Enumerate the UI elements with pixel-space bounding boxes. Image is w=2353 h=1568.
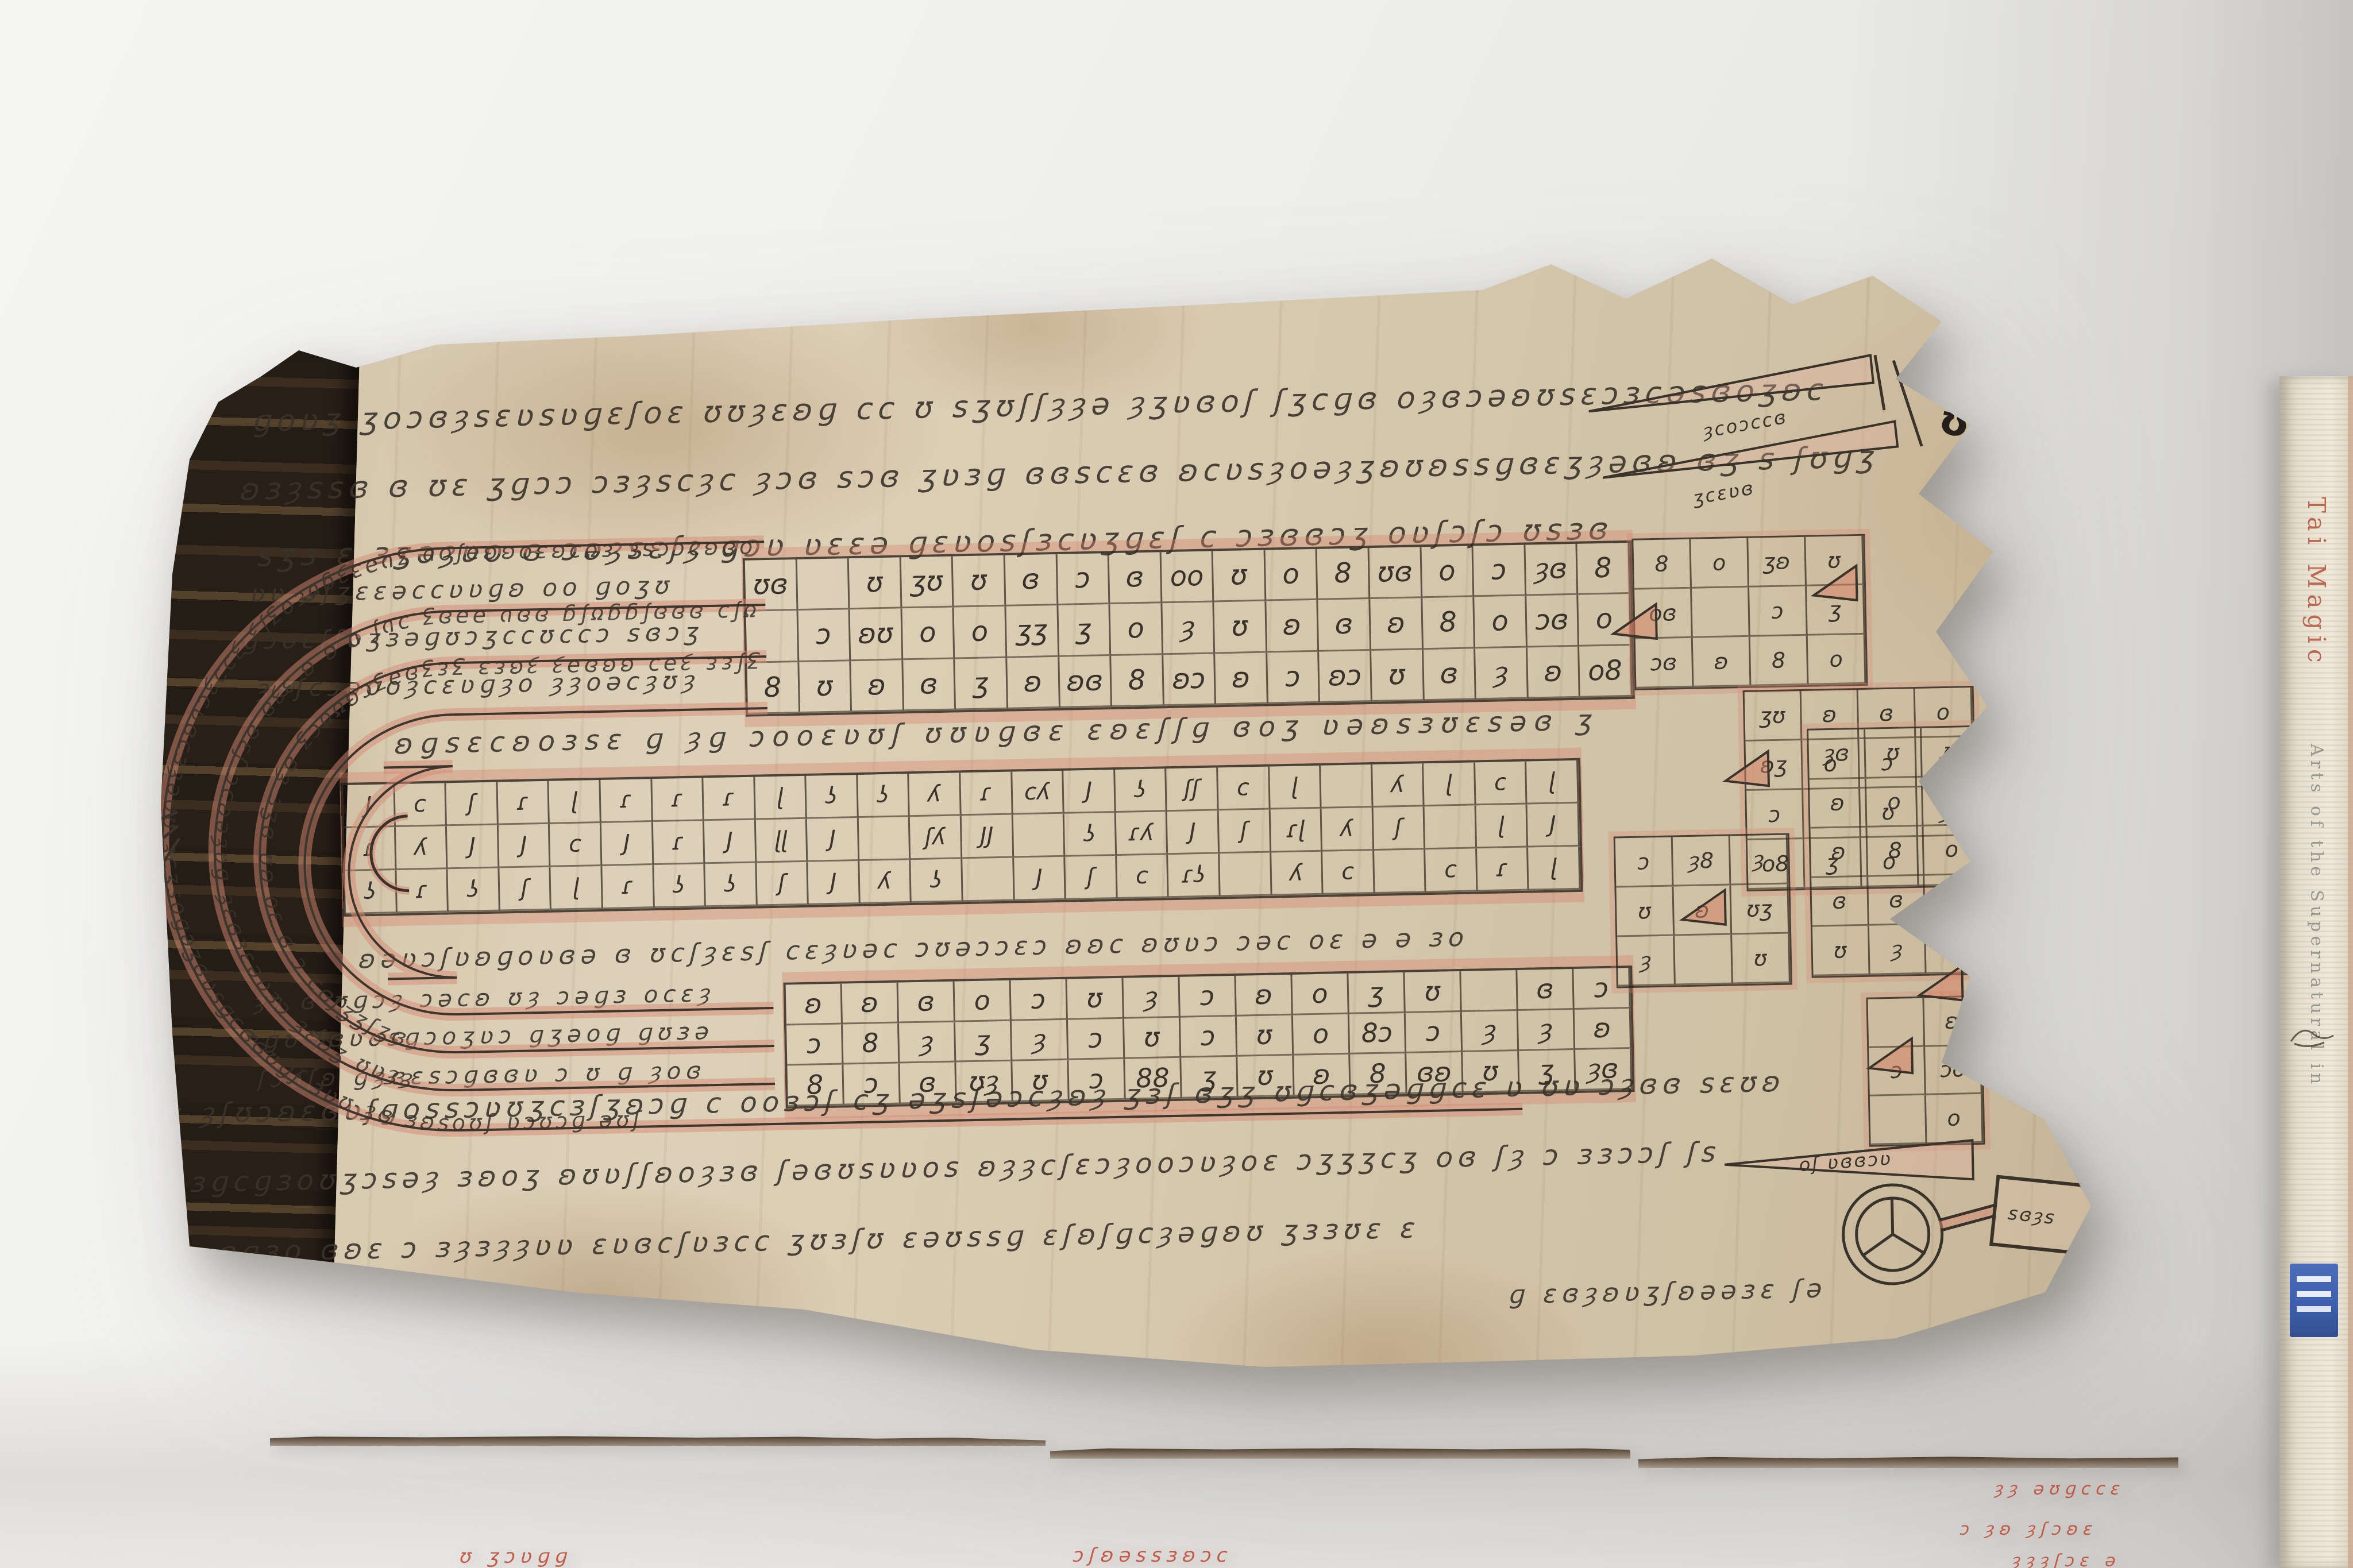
photo-stage: ɡoʋʒ ʒoɔɞȝsɛʋsʋɡɛʃoɛ ʊʊȝɛʚɡ cc ʊ sʒʊʃʃȝȝ… [0, 0, 2353, 1568]
racetrack-diagram: oʚɞɔccsɛ ɛʊɔɞɜoɞɞəʃoʋ ʒʋəɜȝɡʋɛoʒʃȝ ȝɔɔȝc… [152, 522, 1522, 1141]
manuscript-paper: ɡoʋʒ ʒoɔɞȝsɛʋsʋɡɛʃoɛ ʊʊȝɛʚɡ cc ʊ sʒʊʃʃȝȝ… [109, 247, 2160, 1390]
hill-drawings [1952, 883, 2066, 960]
book-spine-title: Tai Magic [2302, 497, 2331, 668]
naga-snake-drawing [1935, 769, 2058, 1064]
book-cover-edge [2348, 376, 2353, 1568]
corner-flags [1612, 564, 1964, 1079]
red-script-fragment: ȝȝȝʃɔɛ ə [2011, 1551, 2150, 1568]
book-spine-label [2290, 1264, 2338, 1337]
svg-text:ȝcoɔccɞ: ȝcoɔccɞ [1700, 405, 1789, 442]
ink-mark: ʊ [1935, 395, 1974, 447]
pennant-flags: ȝcoɔccɞ ʒcɛʋɞ oʃ ʋɞɞɔʋ [1588, 353, 1973, 1187]
wheel-diagram: sɞȝs [1842, 1175, 2099, 1284]
svg-text:ʒcɛʋɞ: ʒcɛʋɞ [1691, 477, 1757, 509]
fragment-board: ʊ ʒɔʋɡɡ [270, 1436, 1046, 1568]
diagram-drawings: oʚɞɔccsɛ ɛʊɔɞɜoɞɞəʃoʋ ʒʋəɜȝɡʋɛoʒʃȝ ȝɔɔȝc… [98, 227, 2171, 1411]
red-script-fragment: ȝȝ əʊɡccɛ [1994, 1479, 2144, 1499]
cover-sketch [2286, 1014, 2338, 1054]
inner-arch [371, 816, 410, 891]
red-script-fragment: ɔ ȝʚ ȝʃɔʚɛ [1959, 1519, 2144, 1539]
fragment-board: ɔʃʚəssɜʚɔc [1050, 1447, 1630, 1568]
book-spine: Tai Magic Arts of the Supernatural in [2279, 376, 2353, 1568]
red-script-fragment: ʊ ʒɔʋɡɡ [459, 1545, 610, 1568]
manuscript-content: ɡoʋʒ ʒoɔɞȝsɛʋsʋɡɛʃoɛ ʊʊȝɛʚɡ cc ʊ sʒʊʃʃȝȝ… [98, 227, 2171, 1411]
manuscript: ɡoʋʒ ʒoɔɞȝsɛʋsʋɡɛʃoɛ ʊʊȝɛʚɡ cc ʊ sʒʊʃʃȝȝ… [109, 247, 2160, 1390]
fragment-board: ȝȝ əʊɡccɛ ɔ ȝʚ ȝʃɔʚɛ ȝȝȝʃɔɛ ə [1638, 1456, 2178, 1568]
red-script-fragment: ɔʃʚəssɜʚɔc [1073, 1544, 1247, 1567]
